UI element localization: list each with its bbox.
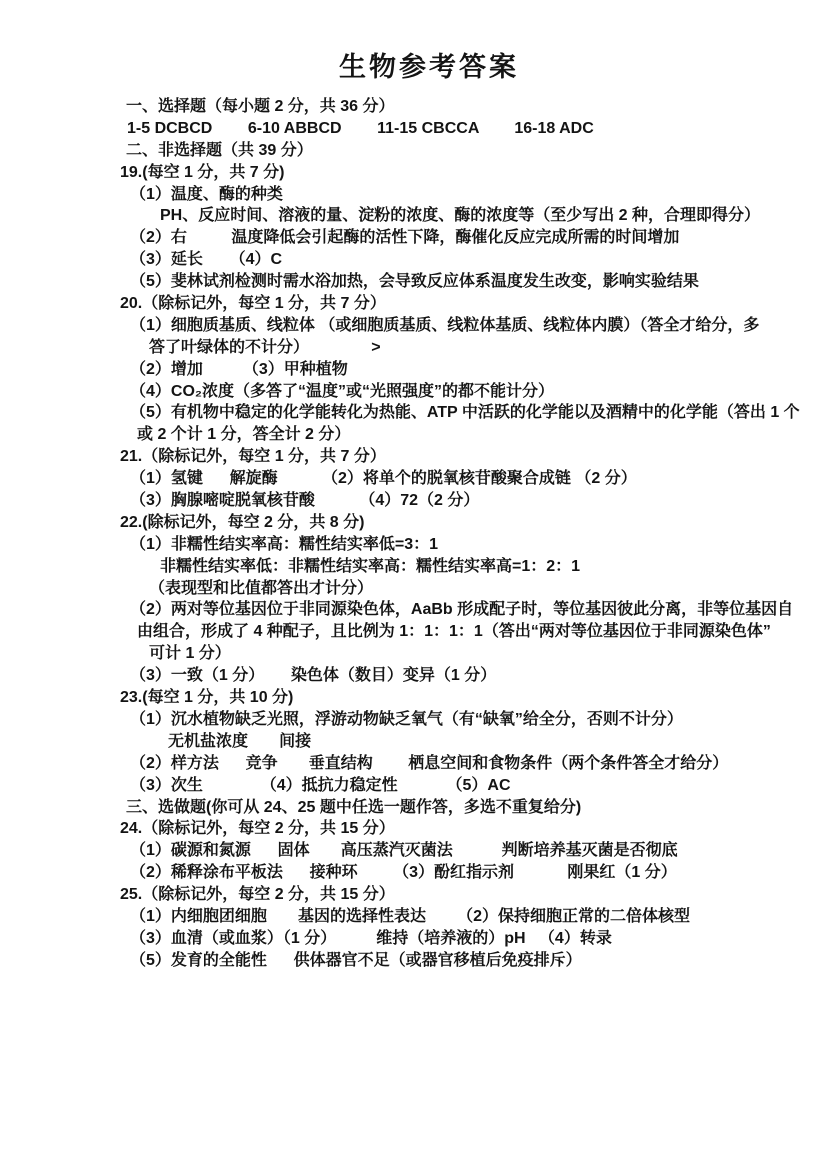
document-line: （2）增加 （3）甲种植物 xyxy=(0,359,826,381)
document-line: （3）延长 （4）C xyxy=(0,249,826,271)
document-line: （1）氢键 解旋酶 （2）将单个的脱氧核苷酸聚合成链 （2 分） xyxy=(0,468,826,490)
document-line: （3）胸腺嘧啶脱氧核苷酸 （4）72（2 分） xyxy=(0,490,826,512)
answer-sheet-page: 生物参考答案 一、选择题（每小题 2 分，共 36 分）1-5 DCBCD 6-… xyxy=(0,0,826,1169)
document-line: （5）斐林试剂检测时需水浴加热，会导致反应体系温度发生改变，影响实验结果 xyxy=(0,271,826,293)
document-line: 20.（除标记外，每空 1 分，共 7 分） xyxy=(0,293,826,315)
page-title: 生物参考答案 xyxy=(16,0,826,84)
document-line: （3）血清（或血浆）（1 分） 维持（培养液的）pH （4）转录 xyxy=(0,928,826,950)
document-line: （1）细胞质基质、线粒体 （或细胞质基质、线粒体基质、线粒体内膜）（答全才给分，… xyxy=(0,315,826,337)
document-line: 或 2 个计 1 分，答全计 2 分） xyxy=(0,424,826,446)
document-line: 22.(除标记外，每空 2 分，共 8 分) xyxy=(0,512,826,534)
document-line: （2）两对等位基因位于非同源染色体，AaBb 形成配子时，等位基因彼此分离，非等… xyxy=(0,599,826,621)
document-line: 答了叶绿体的不计分） > xyxy=(0,337,826,359)
document-line: 无机盐浓度 间接 xyxy=(0,731,826,753)
document-line: （1）温度、酶的种类 xyxy=(0,184,826,206)
document-line: （5）发育的全能性 供体器官不足（或器官移植后免疫排斥） xyxy=(0,950,826,972)
document-line: （表现型和比值都答出才计分） xyxy=(0,578,826,600)
document-line: 二、非选择题（共 39 分） xyxy=(0,140,826,162)
document-line: （5）有机物中稳定的化学能转化为热能、ATP 中活跃的化学能以及酒精中的化学能（… xyxy=(0,402,826,424)
document-line: 一、选择题（每小题 2 分，共 36 分） xyxy=(0,96,826,118)
document-line: PH、反应时间、溶液的量、淀粉的浓度、酶的浓度等（至少写出 2 种，合理即得分） xyxy=(0,205,826,227)
document-line: 三、选做题(你可从 24、25 题中任选一题作答，多选不重复给分) xyxy=(0,797,826,819)
document-line: 25.（除标记外，每空 2 分，共 15 分） xyxy=(0,884,826,906)
document-line: （2）样方法 竞争 垂直结构 栖息空间和食物条件（两个条件答全才给分） xyxy=(0,753,826,775)
document-line: 由组合，形成了 4 种配子，且比例为 1：1：1：1（答出“两对等位基因位于非同… xyxy=(0,621,826,643)
document-body: 一、选择题（每小题 2 分，共 36 分）1-5 DCBCD 6-10 ABBC… xyxy=(0,96,826,972)
document-line: 24.（除标记外，每空 2 分，共 15 分） xyxy=(0,818,826,840)
document-line: （1）非糯性结实率高：糯性结实率低=3：1 xyxy=(0,534,826,556)
document-line: 非糯性结实率低：非糯性结实率高：糯性结实率高=1：2：1 xyxy=(0,556,826,578)
document-line: 21.（除标记外，每空 1 分，共 7 分） xyxy=(0,446,826,468)
document-line: （1）碳源和氮源 固体 高压蒸汽灭菌法 判断培养基灭菌是否彻底 xyxy=(0,840,826,862)
document-line: 1-5 DCBCD 6-10 ABBCD 11-15 CBCCA 16-18 A… xyxy=(0,118,826,140)
document-line: （1）内细胞团细胞 基因的选择性表达 （2）保持细胞正常的二倍体核型 xyxy=(0,906,826,928)
document-line: 19.(每空 1 分，共 7 分) xyxy=(0,162,826,184)
document-line: （3）次生 （4）抵抗力稳定性 （5）AC xyxy=(0,775,826,797)
document-line: （4）CO₂浓度（多答了“温度”或“光照强度”的都不能计分） xyxy=(0,381,826,403)
document-line: 可计 1 分） xyxy=(0,643,826,665)
document-line: （3）一致（1 分） 染色体（数目）变异（1 分） xyxy=(0,665,826,687)
document-line: 23.(每空 1 分，共 10 分) xyxy=(0,687,826,709)
document-line: （1）沉水植物缺乏光照，浮游动物缺乏氧气（有“缺氧”给全分，否则不计分） xyxy=(0,709,826,731)
document-line: （2）稀释涂布平板法 接种环 （3）酚红指示剂 刚果红（1 分） xyxy=(0,862,826,884)
document-line: （2）右 温度降低会引起酶的活性下降，酶催化反应完成所需的时间增加 xyxy=(0,227,826,249)
